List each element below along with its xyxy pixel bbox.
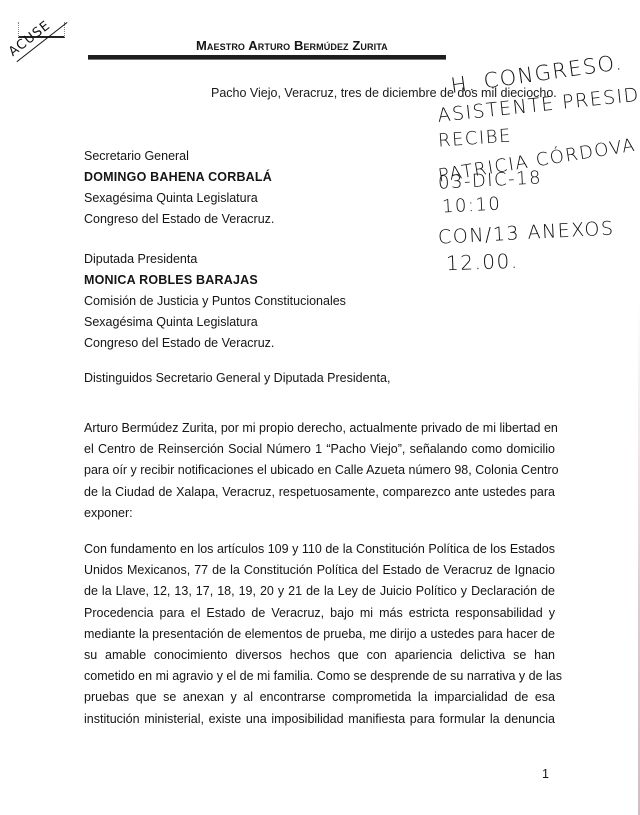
addressee-line: Comisión de Justicia y Puntos Constituci… xyxy=(84,291,346,312)
paragraph-line: Procedencia para el Estado de Veracruz, … xyxy=(84,603,555,624)
letterhead-name: Maestro Arturo Bermúdez Zurita xyxy=(196,38,388,53)
paragraph-line: cometido en mi agravio y el de mi famili… xyxy=(84,666,555,687)
salutation: Distinguidos Secretario General y Diputa… xyxy=(84,371,390,385)
annotation-line: 12.00. xyxy=(446,249,519,276)
addressee-line: Congreso del Estado de Veracruz. xyxy=(84,333,346,354)
paragraph-line: pruebas que se anexan y al encontrarse c… xyxy=(84,687,555,708)
paragraph-line: institución ministerial, existe una impo… xyxy=(84,709,555,730)
annotation-line: RECIBE xyxy=(437,125,512,151)
body-paragraph-fundamento: Con fundamento en los artículos 109 y 11… xyxy=(84,539,555,730)
addressee-secretario: Secretario General DOMINGO BAHENA CORBAL… xyxy=(84,146,274,230)
addressee-line: Sexagésima Quinta Legislatura xyxy=(84,188,274,209)
paragraph-line: mediante la presentación de elementos de… xyxy=(84,624,555,645)
letterhead-rule xyxy=(88,55,446,60)
paragraph-line: de la Llave, 12, 13, 17, 18, 19, 20 y 21… xyxy=(84,581,555,602)
addressee-line: Sexagésima Quinta Legislatura xyxy=(84,312,346,333)
document-page: ACUSE Maestro Arturo Bermúdez Zurita Pac… xyxy=(0,0,640,815)
addressee-line: Congreso del Estado de Veracruz. xyxy=(84,209,274,230)
paragraph-line: Unidos Mexicanos, 77 de la Constitución … xyxy=(84,560,555,581)
addressee-title: Diputada Presidenta xyxy=(84,249,346,270)
addressee-name: DOMINGO BAHENA CORBALÁ xyxy=(84,167,274,188)
paragraph-line: para oír y recibir notificaciones el ubi… xyxy=(84,460,555,481)
annotation-line: 10:10 xyxy=(441,193,501,217)
paragraph-line: Arturo Bermúdez Zurita, por mi propio de… xyxy=(84,418,555,439)
annotation-line: 03-DIC-18 xyxy=(438,167,543,193)
paragraph-line: exponer: xyxy=(84,503,555,524)
annotation-line: CON/13 ANEXOS xyxy=(438,217,616,248)
paragraph-line: Con fundamento en los artículos 109 y 11… xyxy=(84,539,555,560)
addressee-name: MONICA ROBLES BARAJAS xyxy=(84,270,346,291)
body-paragraph-intro: Arturo Bermúdez Zurita, por mi propio de… xyxy=(84,418,555,524)
addressee-diputada: Diputada Presidenta MONICA ROBLES BARAJA… xyxy=(84,249,346,354)
addressee-title: Secretario General xyxy=(84,146,274,167)
paragraph-line: el Centro de Reinserción Social Número 1… xyxy=(84,439,555,460)
paragraph-line: de la Ciudad de Xalapa, Veracruz, respet… xyxy=(84,482,555,503)
paragraph-line: su amable conocimiento diversos hechos q… xyxy=(84,645,555,666)
page-number: 1 xyxy=(542,767,549,781)
